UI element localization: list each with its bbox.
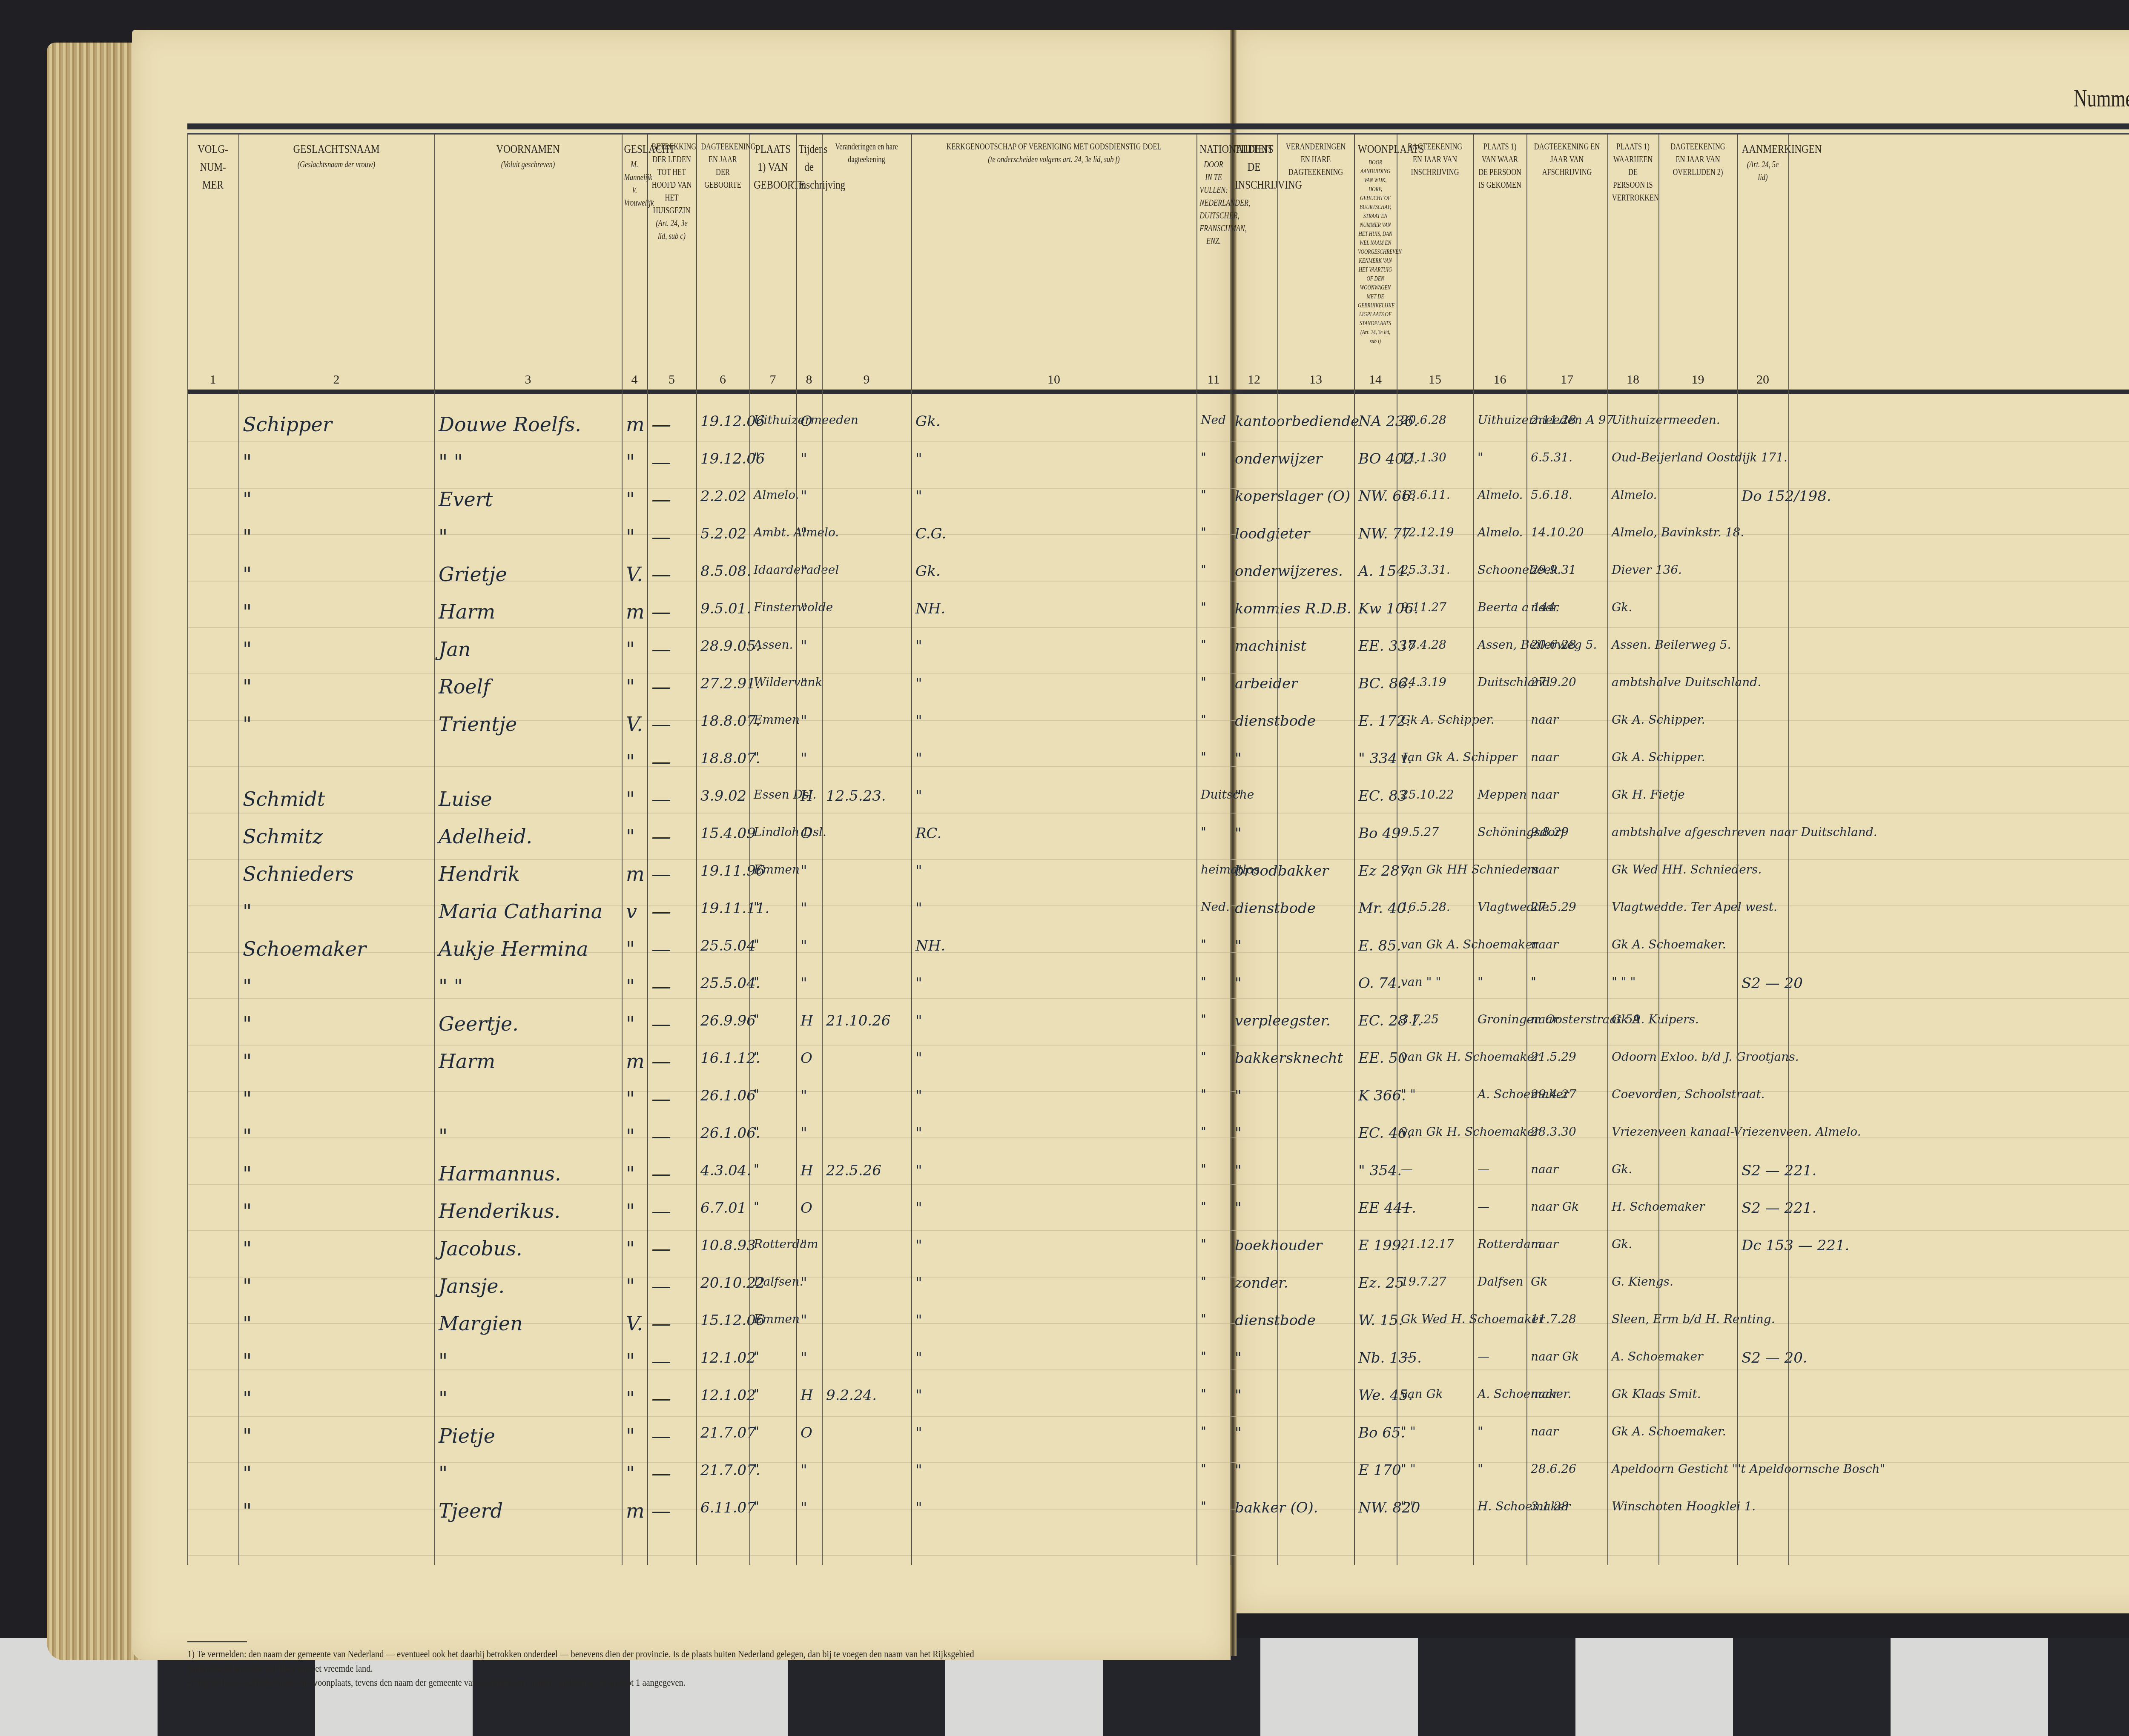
column-title: Tijdens de inschrijving (798, 140, 819, 194)
cell-civil: " (801, 488, 807, 505)
column-header-15: DAGTEEKENING EN JAAR VAN INSCHRIJVING (1403, 140, 1466, 179)
cell-civil: " (801, 750, 807, 767)
cell-pob: " (754, 975, 759, 989)
cell-civil-change: 22.5.26 (826, 1162, 881, 1179)
cell-rel: — (651, 413, 671, 436)
cell-occ: kommies R.D.B. (1235, 600, 1351, 617)
column-header-10: KERKGENOOTSCHAP OF VERENIGING MET GODSDI… (937, 140, 1171, 166)
cell-rel: — (651, 1162, 671, 1185)
cell-in-date: 9.5.27 (1401, 825, 1439, 839)
cell-rel: — (651, 750, 671, 773)
cell-civil: " (801, 1462, 807, 1479)
column-header-5: BETREKKING DER LEDEN TOT HET HOOFD VAN H… (651, 140, 691, 243)
cell-rel: — (651, 1125, 671, 1148)
cell-out-to: Winschoten Hoogklei 1. (1612, 1499, 1756, 1513)
column-divider (1473, 135, 1474, 1565)
cell-sex: " (626, 1462, 635, 1485)
cell-rel: — (651, 525, 671, 548)
cell-in-date: 11.1.30 (1401, 450, 1446, 464)
cell-surname: " (243, 900, 252, 923)
cell-out-date: naar Gk (1531, 1349, 1579, 1364)
cell-nat: " (1201, 975, 1206, 989)
cell-out-date: 3.1.28 (1531, 1499, 1569, 1513)
cell-dob: 5.2.02 (700, 525, 746, 542)
cell-out-date: 27.5.29 (1531, 900, 1576, 914)
cell-surname: " (243, 1237, 252, 1260)
cell-in-from: " (1478, 1424, 1483, 1438)
cell-civil-change: 21.10.26 (826, 1012, 890, 1029)
cell-surname: " (243, 1499, 252, 1522)
cell-in-date: 18.4.28 (1401, 638, 1446, 652)
cell-church: " (915, 713, 922, 730)
cell-pob: " (754, 1200, 759, 1214)
column-title: DAGTEEKENING EN JAAR VAN AFSCHRIJVING (1534, 140, 1600, 179)
cell-dob: 3.9.02 (700, 788, 746, 805)
cell-given: " (439, 525, 448, 548)
cell-out-date: 20.6.28 (1531, 638, 1576, 652)
cell-addr: " 354. (1358, 1162, 1402, 1179)
cell-out-to: Gk. (1612, 600, 1632, 614)
cell-rel: — (651, 825, 671, 848)
cell-given: " " (439, 975, 463, 998)
cell-rel: — (651, 1349, 671, 1372)
cell-civil: O (801, 1200, 812, 1217)
cell-out-date: 11.7.28 (1531, 1312, 1576, 1326)
cell-nat: " (1201, 1349, 1206, 1364)
cell-church: " (915, 1387, 922, 1404)
column-divider (434, 135, 435, 1565)
cell-in-from: Meppen (1478, 788, 1527, 802)
column-divider (647, 135, 648, 1565)
cell-civil: O (801, 413, 812, 430)
cell-out-to: ambtshalve afgeschreven naar Duitschland… (1612, 825, 1877, 839)
cell-in-date: " " (1401, 1499, 1416, 1513)
column-header-7: PLAATS 1) VAN GEBOORTE (754, 140, 792, 194)
cell-in-date: — (1401, 1200, 1413, 1214)
column-number: 7 (749, 372, 796, 387)
cell-civil: " (801, 862, 807, 879)
cell-surname: " (243, 525, 252, 548)
header-bottom-rule (187, 390, 2129, 394)
cell-remarks: S2 — 221. (1742, 1162, 1816, 1179)
cell-nat: Ned (1201, 413, 1226, 427)
cell-church: NH. (915, 600, 945, 617)
column-number: 1 (187, 372, 238, 387)
column-divider (911, 135, 912, 1565)
cell-given: Harm (439, 600, 495, 623)
cell-out-to: Gk A. Schoemaker. (1612, 1424, 1726, 1438)
cell-given: Jacobus. (439, 1237, 522, 1260)
column-header-17: DAGTEEKENING EN JAAR VAN AFSCHRIJVING (1534, 140, 1600, 179)
cell-sex: m (626, 862, 645, 885)
cell-pob: Emmen (754, 713, 800, 727)
column-header-8: Tijdens de inschrijving (798, 140, 819, 194)
cell-rel: — (651, 1387, 671, 1410)
cell-occ: dienstbode (1235, 713, 1316, 730)
column-number: 10 (911, 372, 1196, 387)
cell-civil-change: 12.5.23. (826, 788, 886, 805)
column-title: WOONPLAATS (1358, 140, 1393, 158)
cell-rel: — (651, 1087, 671, 1110)
cell-civil: " (801, 450, 807, 467)
cell-sex: " (626, 1087, 635, 1110)
cell-occ: " (1235, 1424, 1242, 1441)
column-divider (749, 135, 750, 1565)
cell-church: " (915, 488, 922, 505)
cell-occ: " (1235, 1200, 1242, 1217)
cell-church: " (915, 675, 922, 692)
cell-out-to: ambtshalve Duitschland. (1612, 675, 1761, 689)
column-divider (622, 135, 623, 1565)
column-divider (1788, 135, 1789, 1565)
cell-civil: O (801, 1424, 812, 1441)
population-register-table: VOLG-NUM-MER1GESLACHTSNAAM(Geslachtsnaam… (187, 123, 2129, 1639)
cell-given: " (439, 1462, 448, 1485)
cell-rel: — (651, 675, 671, 698)
cell-rel: — (651, 1462, 671, 1485)
cell-out-to: " " " (1612, 975, 1635, 989)
cell-in-date: 19.7.27 (1401, 1275, 1446, 1289)
cell-occ: " (1235, 1162, 1242, 1179)
cell-occ: " (1235, 1125, 1242, 1142)
cell-addr: E 170 (1358, 1462, 1401, 1479)
cell-given: " (439, 1125, 448, 1148)
cell-sex: " (626, 1162, 635, 1185)
cell-occ: boekhouder (1235, 1237, 1322, 1254)
cell-occ: dienstbode (1235, 1312, 1316, 1329)
cell-civil: " (801, 638, 807, 655)
cell-given: Grietje (439, 563, 507, 586)
cell-in-date: van Gk A. Schipper (1401, 750, 1517, 764)
cell-in-date: 12.12.19 (1401, 525, 1454, 539)
cell-nat: " (1201, 638, 1206, 652)
cell-occ: " (1235, 1349, 1242, 1366)
cell-rel: — (651, 900, 671, 923)
cell-out-date: 21.5.29 (1531, 1050, 1576, 1064)
cell-given: Trientje (439, 713, 517, 736)
cell-in-date: — (1401, 1162, 1413, 1176)
cell-civil: " (801, 600, 807, 617)
cell-out-date: naar Gk (1531, 1200, 1579, 1214)
cell-nat: " (1201, 713, 1206, 727)
cell-pob: " (754, 900, 759, 914)
cell-sex: " (626, 450, 635, 473)
cell-nat: " (1201, 675, 1206, 689)
column-title: GESLACHTSNAAM (256, 140, 416, 158)
cell-occ: zonder. (1235, 1275, 1288, 1292)
cell-in-from: " (1478, 450, 1483, 464)
cell-church: " (915, 1499, 922, 1516)
cell-out-date: naar (1531, 1012, 1558, 1026)
cell-out-to: Gk A. Kuipers. (1612, 1012, 1699, 1026)
column-number: 4 (622, 372, 647, 387)
cell-in-date: van Gk A. Schoemaker (1401, 937, 1538, 951)
cell-in-date: van Gk H. Schoemaker (1401, 1050, 1540, 1064)
cell-rel: — (651, 1275, 671, 1298)
cell-sex: m (626, 1499, 645, 1522)
cell-addr: E 199. (1358, 1237, 1406, 1254)
cell-pob: " (754, 1462, 759, 1476)
cell-dob: 21.7.07. (700, 1462, 760, 1479)
cell-civil: " (801, 1125, 807, 1142)
cell-pob: Assen. (754, 638, 793, 652)
cell-surname: " (243, 1462, 252, 1485)
cell-nat: " (1201, 600, 1206, 614)
cell-given: Harmannus. (439, 1162, 561, 1185)
cell-rel: — (651, 975, 671, 998)
cell-pob: " (754, 450, 759, 464)
column-number: 16 (1473, 372, 1526, 387)
cell-dob: 12.1.02 (700, 1387, 756, 1404)
column-number: 18 (1607, 372, 1658, 387)
column-number: 13 (1277, 372, 1354, 387)
cell-surname: " (243, 1200, 252, 1223)
cell-rel: — (651, 1200, 671, 1223)
cell-occ: " (1235, 1087, 1242, 1104)
cell-surname: Schoemaker (243, 937, 366, 960)
cell-occ: " (1235, 788, 1242, 805)
cell-given: Aukje Hermina (439, 937, 588, 960)
cell-occ: kopersla­ger (O) (1235, 488, 1350, 505)
cell-sex: V. (626, 1312, 643, 1335)
cell-surname: " (243, 1312, 252, 1335)
cell-out-date: 28.3.30 (1531, 1125, 1576, 1139)
cell-surname: " (243, 563, 252, 586)
cell-civil: " (801, 563, 807, 580)
sheet-number-label: Nummer van het blad (2074, 85, 2129, 112)
column-divider (1397, 135, 1397, 1565)
column-title: VOORNAMEN (451, 140, 605, 158)
column-subtitle: (te onderscheiden volgens art. 24, 3e li… (937, 153, 1171, 166)
cell-out-to: G. Kiengs. (1612, 1275, 1673, 1289)
cell-church: NH. (915, 937, 945, 954)
cell-rel: — (651, 788, 671, 811)
cell-pob: " (754, 1087, 759, 1101)
cell-given: " (439, 1387, 448, 1410)
cell-church: " (915, 1162, 922, 1179)
column-subtitle: (Art. 24, 5e lid) (1742, 158, 1784, 184)
cell-surname: " (243, 1125, 252, 1148)
cell-sex: " (626, 675, 635, 698)
column-header-6: DAGTEEKENING EN JAAR DER GEBOORTE (701, 140, 745, 192)
cell-dob: 12.1.02 (700, 1349, 756, 1366)
cell-out-date: 29.4.27 (1531, 1087, 1576, 1101)
cell-civil: H (801, 1387, 813, 1404)
cell-remarks: S2 — 20. (1742, 1349, 1808, 1366)
cell-addr: Bo 49 (1358, 825, 1401, 842)
cell-civil: " (801, 675, 807, 692)
cell-dob: 26.1.06 (700, 1087, 756, 1104)
cell-nat: " (1201, 450, 1206, 464)
cell-in-date: 20.6.28 (1401, 413, 1446, 427)
column-number: 6 (696, 372, 749, 387)
cell-dob: 8.5.08. (700, 563, 751, 580)
cell-addr: EE. 50 (1358, 1050, 1407, 1067)
cell-addr: K 366. (1358, 1087, 1406, 1104)
cell-sex: " (626, 1012, 635, 1035)
column-header-18: PLAATS 1) WAARHEEN DE PERSOON IS VERTROK… (1612, 140, 1654, 204)
cell-occ: bakkersknecht (1235, 1050, 1343, 1067)
cell-rel: — (651, 1424, 671, 1447)
cell-out-to: A. Schoemaker (1612, 1349, 1703, 1364)
column-divider (1277, 135, 1278, 1565)
column-divider (1607, 135, 1608, 1565)
footnote-2: 2) Ingeval van overlijden buiten de woon… (187, 1676, 984, 1690)
cell-given: Hendrik (439, 862, 520, 885)
column-title: Veranderingen en hare dagteekening (830, 140, 903, 166)
cell-out-to: Sleen, Erm b/d H. Renting. (1612, 1312, 1775, 1326)
cell-occ: " (1235, 975, 1242, 992)
column-header-20: AANMERKINGEN(Art. 24, 5e lid) (1742, 140, 1784, 184)
cell-given: Margien (439, 1312, 523, 1335)
cell-nat: " (1201, 488, 1206, 502)
column-divider (796, 135, 797, 1565)
cell-surname: " (243, 1162, 252, 1185)
cell-dob: 15.4.09 (700, 825, 756, 842)
cell-out-date: naar (1531, 600, 1558, 614)
cell-sex: " (626, 488, 635, 511)
cell-out-to: Coevorden, Schoolstraat. (1612, 1087, 1765, 1101)
cell-in-date: van " " (1401, 975, 1441, 989)
cell-church: " (915, 862, 922, 879)
cell-dob: 4.3.04. (700, 1162, 751, 1179)
column-divider (1658, 135, 1659, 1565)
column-subtitle: DOOR IN TE VULLEN: NEDERLANDER, DUITSCHE… (1199, 158, 1228, 248)
cell-church: " (915, 638, 922, 655)
column-header-16: PLAATS 1) VAN WAAR DE PERSOON IS GEKOMEN (1478, 140, 1522, 192)
cell-sex: " (626, 638, 635, 661)
column-title: VERANDERINGEN EN HARE DAGTEEKENING (1284, 140, 1347, 179)
cell-in-from: " (1478, 975, 1483, 989)
cell-sex: " (626, 1275, 635, 1298)
cell-church: " (915, 975, 922, 992)
column-title: PLAATS 1) VAN WAAR DE PERSOON IS GEKOMEN (1478, 140, 1522, 192)
cell-dob: 2.2.02 (700, 488, 746, 505)
cell-dob: 26.1.06. (700, 1125, 760, 1142)
column-title: VOLG-NUM-MER (192, 140, 234, 194)
column-divider (822, 135, 823, 1565)
footnote-rule (187, 1641, 247, 1642)
cell-nat: " (1201, 1200, 1206, 1214)
cell-out-date: " (1531, 975, 1536, 989)
cell-dob: 21.7.07 (700, 1424, 756, 1441)
cell-civil: " (801, 900, 807, 917)
cell-out-date: 9.8.29 (1531, 825, 1569, 839)
cell-church: " (915, 750, 922, 767)
cell-church: " (915, 900, 922, 917)
cell-out-date: Gk (1531, 1275, 1547, 1289)
cell-sex: m (626, 413, 645, 436)
cell-in-date: 3.7.25 (1401, 1012, 1439, 1026)
cell-sex: v (626, 900, 637, 923)
cell-in-date: Gk Wed H. Schoemaker (1401, 1312, 1544, 1326)
cell-out-date: naar (1531, 788, 1558, 802)
column-title: NATIONALITEIT (1199, 140, 1228, 158)
cell-out-to: Almelo, Bavinkstr. 18. (1612, 525, 1744, 539)
cell-nat: " (1201, 1462, 1206, 1476)
cell-addr: Bo 65. (1358, 1424, 1405, 1441)
header-rule (187, 123, 2129, 129)
column-number: 12 (1231, 372, 1277, 387)
cell-surname: " (243, 638, 252, 661)
cell-nat: " (1201, 825, 1206, 839)
cell-nat: " (1201, 1237, 1206, 1251)
column-title: DAGTEEKENING EN JAAR VAN INSCHRIJVING (1403, 140, 1466, 179)
cell-nat: " (1201, 1387, 1206, 1401)
cell-remarks: Dc 153 — 221. (1742, 1237, 1849, 1254)
column-subtitle: (Geslachtsnaam der vrouw) (256, 158, 416, 171)
cell-church: RC. (915, 825, 941, 842)
cell-in-date: 25.3.31. (1401, 563, 1450, 577)
cell-civil: " (801, 525, 807, 542)
cell-surname: " (243, 1012, 252, 1035)
cell-sex: " (626, 825, 635, 848)
column-divider (1354, 135, 1355, 1565)
column-divider (696, 135, 697, 1565)
column-header-13: VERANDERINGEN EN HARE DAGTEEKENING (1284, 140, 1347, 179)
cell-dob: 18.8.07. (700, 713, 760, 730)
cell-in-date: 25.10.22 (1401, 788, 1454, 802)
cell-rel: — (651, 1312, 671, 1335)
cell-rel: — (651, 1499, 671, 1522)
cell-given: Maria Catharina (439, 900, 603, 923)
column-header-9: Veranderingen en hare dagteekening (830, 140, 903, 166)
cell-rel: — (651, 563, 671, 586)
cell-sex: m (626, 600, 645, 623)
cell-civil: " (801, 937, 807, 954)
cell-pob: Wildervank (754, 675, 823, 689)
cell-surname: " (243, 1087, 252, 1110)
cell-dob: 27.2.91. (700, 675, 760, 692)
column-title: PLAATS 1) WAARHEEN DE PERSOON IS VERTROK… (1612, 140, 1654, 204)
cell-pob: " (754, 1050, 759, 1064)
cell-out-to: Assen. Beilerweg 5. (1612, 638, 1731, 652)
cell-civil: " (801, 1349, 807, 1366)
column-title: GESLACHT (624, 140, 645, 158)
cell-sex: m (626, 1050, 645, 1073)
column-title: PLAATS 1) VAN GEBOORTE (754, 140, 792, 194)
cell-addr: E. 85. (1358, 937, 1401, 954)
cell-out-date: 29.9.31 (1531, 563, 1576, 577)
cell-in-from: — (1478, 1200, 1489, 1214)
cell-out-date: 5.6.18. (1531, 488, 1572, 502)
cell-civil: " (801, 1499, 807, 1516)
cell-surname: " (243, 675, 252, 698)
column-header-2: GESLACHTSNAAM(Geslachtsnaam der vrouw) (256, 140, 416, 171)
cell-nat: " (1201, 750, 1206, 764)
cell-pob: Finsterwolde (754, 600, 833, 614)
cell-civil: O (801, 825, 812, 842)
cell-surname: " (243, 975, 252, 998)
cell-given: Evert (439, 488, 493, 511)
cell-sex: " (626, 937, 635, 960)
column-divider (187, 135, 188, 1565)
column-header-19: DAGTEEKENING EN JAAR VAN OVERLIJDEN 2) (1666, 140, 1730, 179)
column-header-14: WOONPLAATSDOOR AANDUIDING VAN WIJK, DORP… (1358, 140, 1393, 346)
cell-nat: Ned. (1201, 900, 1230, 914)
cell-out-to: Vlagtwedde. Ter Apel west. (1612, 900, 1777, 914)
cell-church: " (915, 1275, 922, 1292)
cell-nat: " (1201, 937, 1206, 951)
cell-occ: onderwijzeres. (1235, 563, 1343, 580)
cell-pob: " (754, 750, 759, 764)
column-number: 5 (647, 372, 696, 387)
column-header-4: GESLACHTM. Mannelijk V. Vrouwelijk (624, 140, 645, 209)
cell-out-date: 2.11.28 (1531, 413, 1576, 427)
cell-church: " (915, 1462, 922, 1479)
cell-nat: " (1201, 1162, 1206, 1176)
column-title: DAGTEEKENING EN JAAR VAN OVERLIJDEN 2) (1666, 140, 1730, 179)
